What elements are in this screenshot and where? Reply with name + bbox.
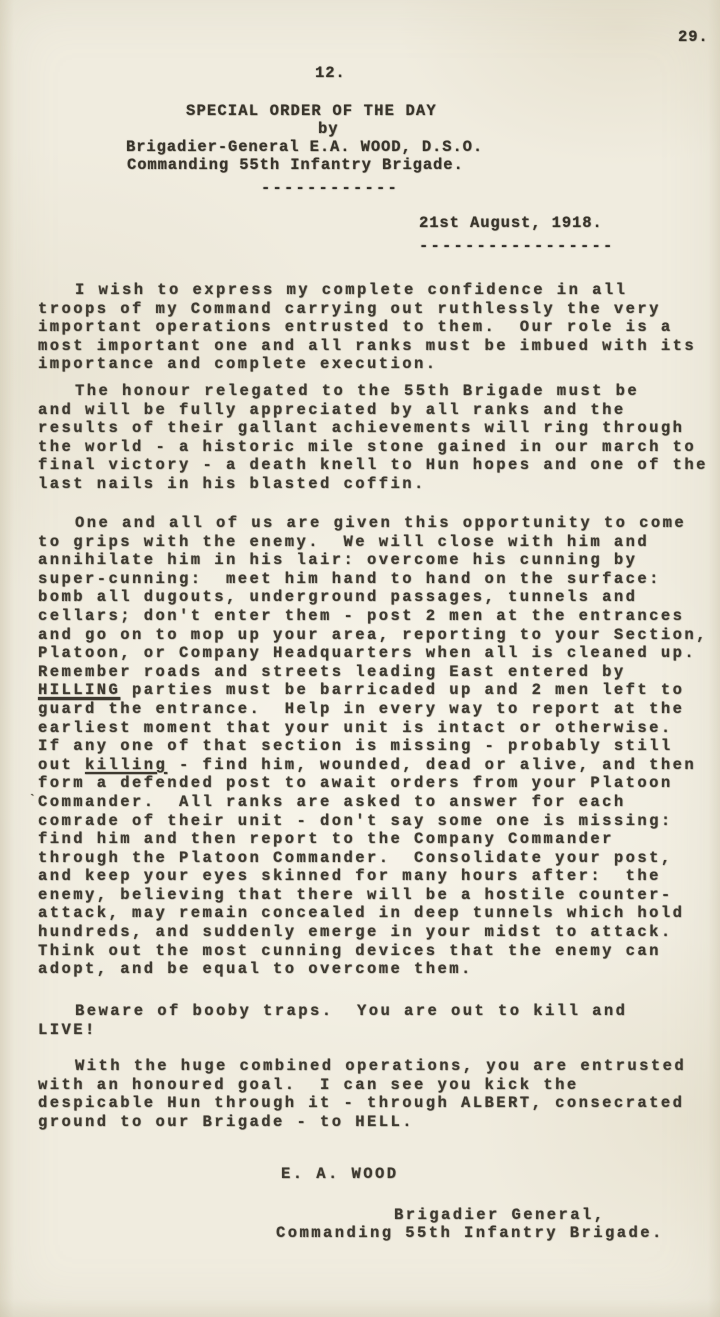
officer-name-line: Brigadier-General E.A. WOOD, D.S.O. [126,138,483,157]
paragraph-honour: The honour relegated to the 55th Brigade… [38,382,716,494]
paragraph-booby-traps: Beware of booby traps. You are out to ki… [38,1002,716,1039]
signature-rank: Brigadier General, [394,1206,606,1225]
signature-command: Commanding 55th Infantry Brigade. [276,1224,664,1243]
order-number: 12. [315,64,346,83]
underlined-word-hilling: HILLING [38,681,120,699]
by-line: by [318,120,338,139]
instructions-text-3: - find him, wounded, dead or alive, and … [38,756,696,979]
header-separator: ------------ [261,179,399,198]
page-number: 29. [678,28,709,47]
signature-name: E. A. WOOD [281,1165,399,1184]
paragraph-confidence: I wish to express my complete confidence… [38,281,716,374]
date-underline: ----------------- [419,237,615,256]
paragraph-albert: With the huge combined operations, you a… [38,1057,716,1131]
stray-mark: ` [29,791,36,810]
instructions-text-1: One and all of us are given this opportu… [38,514,708,681]
document-page: 29. 12. SPECIAL ORDER OF THE DAY by Brig… [0,0,720,1317]
date-line: 21st August, 1918. [419,214,603,233]
paragraph-instructions: One and all of us are given this opportu… [38,514,716,979]
document-title: SPECIAL ORDER OF THE DAY [186,102,437,121]
underlined-word-killing: killing [85,756,167,774]
officer-command-line: Commanding 55th Infantry Brigade. [127,156,464,175]
